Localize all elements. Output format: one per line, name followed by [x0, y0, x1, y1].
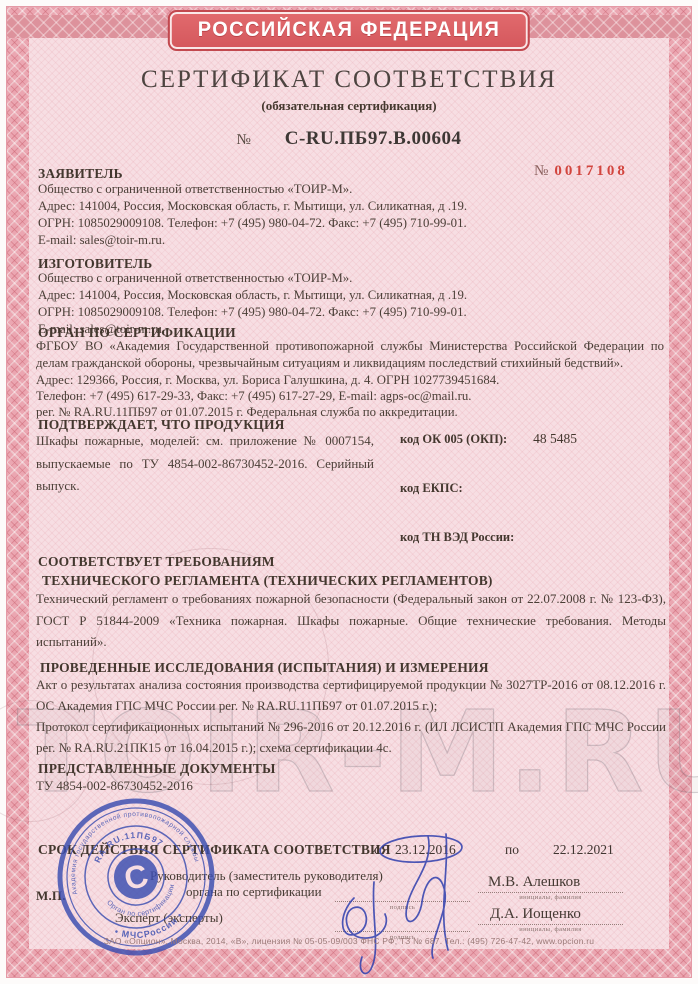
certificate-sheet: TOIR-M.RU РОССИЙСКАЯ ФЕДЕРАЦИЯ СЕРТИФИКА…	[0, 0, 698, 984]
date-circle-ink	[379, 834, 462, 864]
expert-signature-ink	[343, 898, 387, 938]
ink-annotations	[0, 0, 698, 984]
printer-footer: ЗАО «Опцион», Москва, 2014, «В», лицензи…	[0, 936, 698, 946]
head-signature-ink	[444, 834, 448, 950]
expert-signature-ink	[360, 882, 375, 973]
